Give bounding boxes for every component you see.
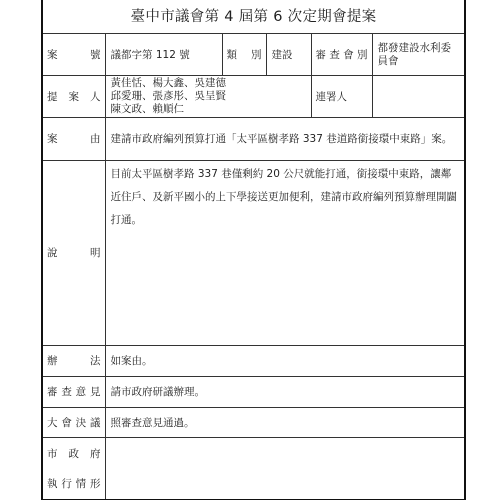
proposers-line: 邱愛珊、張彥彤、吳呈賢 [111,90,306,103]
proposers-value: 黃佳恬、楊大鑫、吳建德 邱愛珊、張彥彤、吳呈賢 陳文政、賴順仁 [105,76,311,118]
assembly-resolution-value: 照審查意見通過。 [105,408,465,438]
reason-value: 建請市政府編列預算打通「太平區樹孝路 337 巷道路銜接環中東路」案。 [105,118,465,161]
description-label: 說 明 [42,161,105,346]
proposers-label: 提 案 人 [42,76,105,118]
description-value: 目前太平區樹孝路 337 巷僅剩約 20 公尺就能打通，銜接環中東路，讓鄰近住戶… [105,161,465,346]
category-value: 建設 [266,34,311,76]
review-opinion-label: 審查意見 [42,377,105,408]
case-number-label: 案 號 [42,34,105,76]
method-label: 辦 法 [42,346,105,377]
case-number-value: 議都字第 112 號 [105,34,222,76]
execution-label: 市 政 府 執行情形 [42,438,105,500]
assembly-resolution-label: 大會決議 [42,408,105,438]
proposers-line: 黃佳恬、楊大鑫、吳建德 [111,77,306,90]
cosigners-label: 連署人 [311,76,372,118]
cosigners-value [372,76,465,118]
proposers-line: 陳文政、賴順仁 [111,103,306,116]
execution-value [105,438,465,500]
method-value: 如案由。 [105,346,465,377]
review-committee-value: 都發建設水利委員會 [372,34,465,76]
execution-label-line: 執行情形 [47,469,101,499]
execution-label-line: 市 政 府 [47,439,101,469]
document-title: 臺中市議會第 4 屆第 6 次定期會提案 [42,0,465,34]
review-opinion-value: 請市政府研議辦理。 [105,377,465,408]
review-committee-label: 審查會別 [311,34,372,76]
category-label: 類 別 [222,34,266,76]
reason-label: 案 由 [42,118,105,161]
proposal-table: 臺中市議會第 4 屆第 6 次定期會提案 案 號 議都字第 112 號 類 別 … [41,0,466,500]
